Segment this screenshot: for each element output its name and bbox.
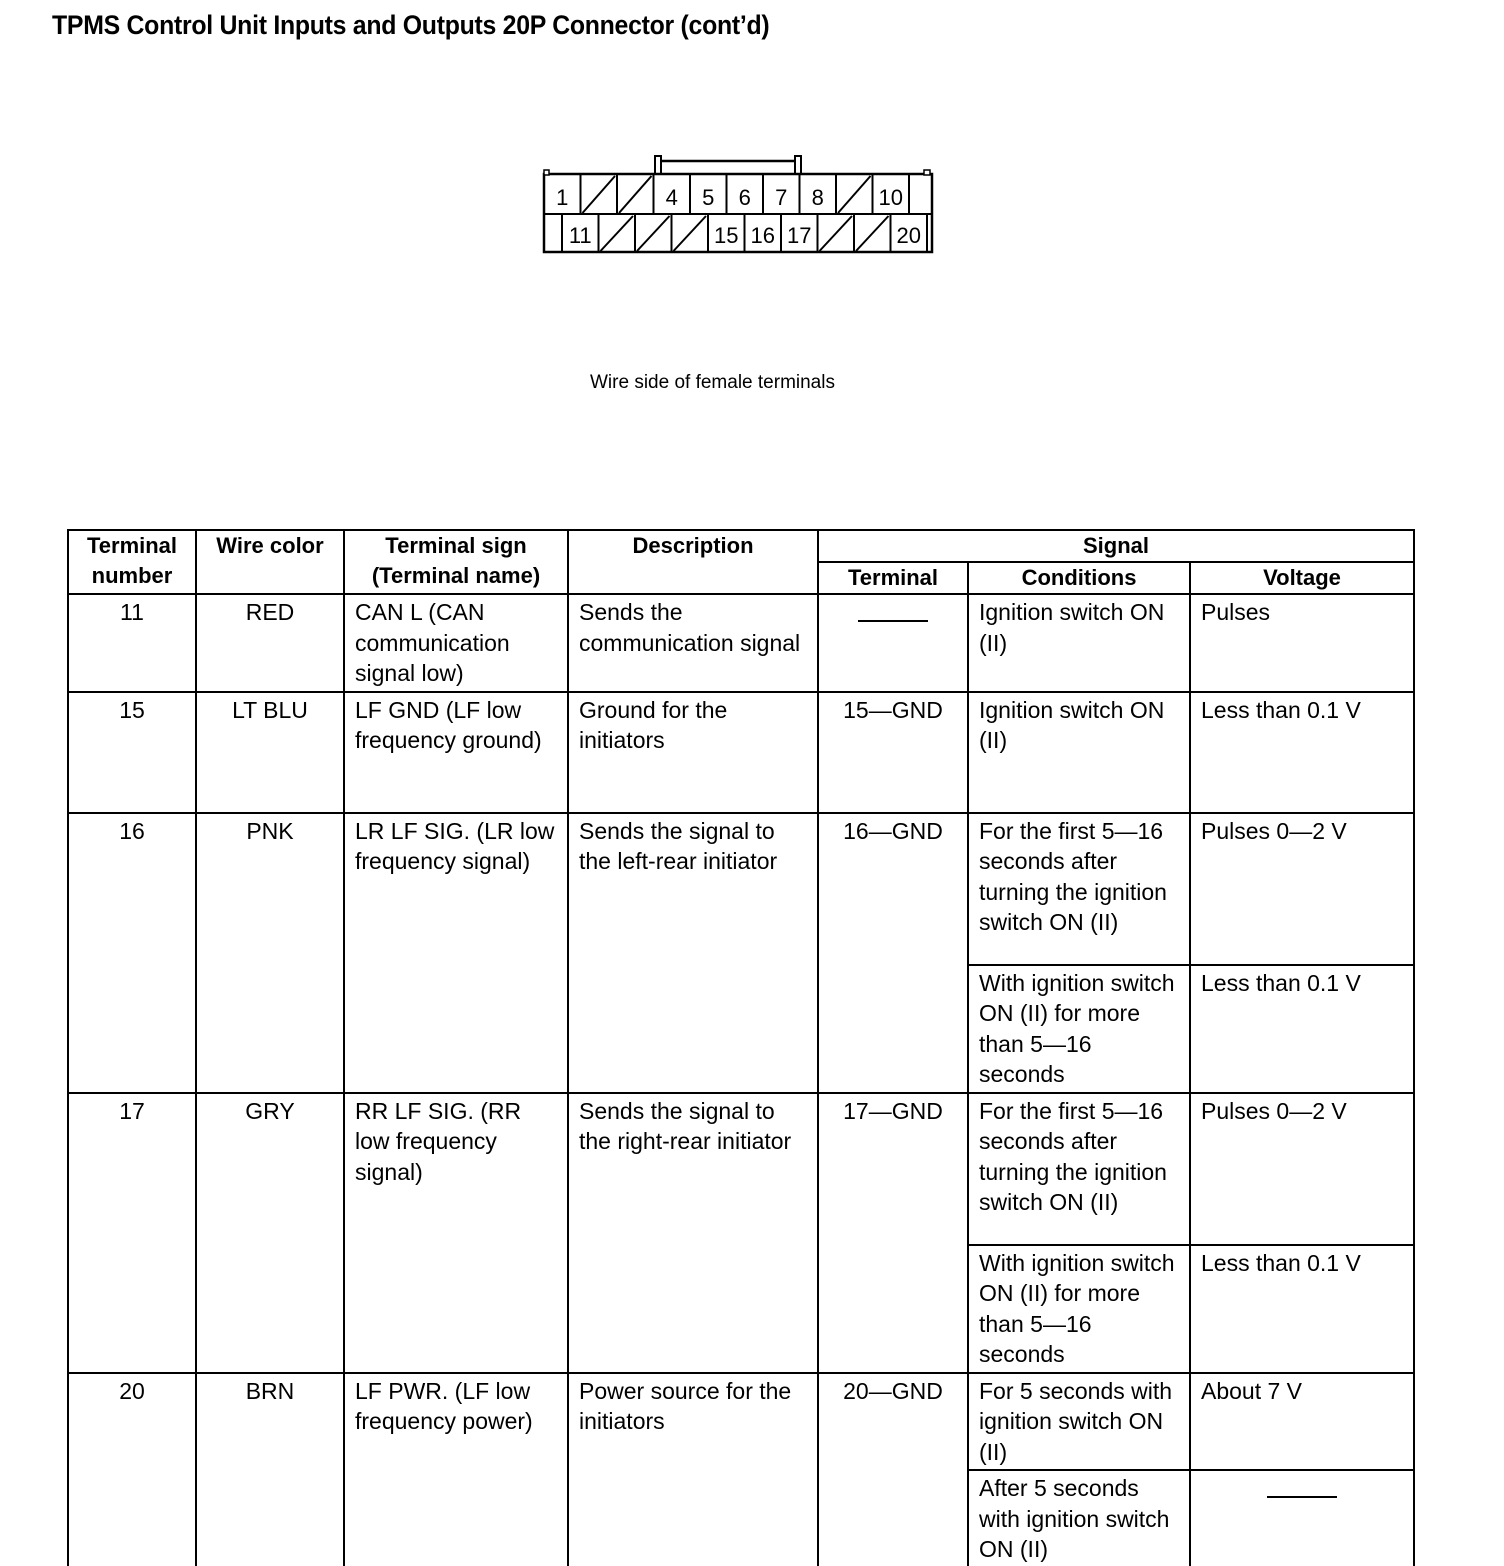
- svg-text:15: 15: [714, 223, 738, 248]
- svg-text:4: 4: [666, 185, 678, 210]
- wire-color-cell: PNK: [196, 813, 344, 1093]
- signal-conditions-cell: After 5 seconds with ignition switch ON …: [968, 1470, 1190, 1566]
- signal-terminal-cell: 17—GND: [818, 1093, 968, 1373]
- header-row-1: Terminal number Wire color Terminal sign…: [68, 530, 1414, 562]
- wire-color-cell: RED: [196, 594, 344, 692]
- terminal-number-cell: 16: [68, 813, 196, 1093]
- signal-conditions-cell: Ignition switch ON (II): [968, 692, 1190, 813]
- signal-voltage-cell: [1190, 1470, 1414, 1566]
- svg-text:5: 5: [702, 185, 714, 210]
- header-terminal-sign: Terminal sign (Terminal name): [344, 530, 568, 594]
- terminal-sign-cell: CAN L (CAN communication signal low): [344, 594, 568, 692]
- svg-text:11: 11: [569, 223, 592, 248]
- signal-voltage-cell: Pulses 0—2 V: [1190, 813, 1414, 965]
- page-title: TPMS Control Unit Inputs and Outputs 20P…: [52, 10, 769, 41]
- terminal-number-cell: 11: [68, 594, 196, 692]
- terminal-number-cell: 15: [68, 692, 196, 813]
- header-signal-conditions: Conditions: [968, 562, 1190, 594]
- pinout-table-body: 11REDCAN L (CAN communication signal low…: [68, 594, 1414, 1566]
- svg-text:6: 6: [739, 185, 751, 210]
- svg-text:16: 16: [751, 223, 775, 248]
- signal-voltage-cell: Less than 0.1 V: [1190, 1245, 1414, 1373]
- signal-voltage-cell: Less than 0.1 V: [1190, 965, 1414, 1093]
- signal-conditions-cell: For 5 seconds with ignition switch ON (I…: [968, 1373, 1190, 1471]
- signal-conditions-cell: For the first 5—16 seconds after turning…: [968, 1093, 1190, 1245]
- connector-caption: Wire side of female terminals: [590, 372, 835, 394]
- wire-color-cell: GRY: [196, 1093, 344, 1373]
- svg-text:1: 1: [556, 185, 568, 210]
- signal-terminal-cell: 16—GND: [818, 813, 968, 1093]
- header-signal: Signal: [818, 530, 1414, 562]
- wire-color-cell: BRN: [196, 1373, 344, 1566]
- signal-voltage-cell: Pulses 0—2 V: [1190, 1093, 1414, 1245]
- signal-voltage-cell: About 7 V: [1190, 1373, 1414, 1471]
- header-signal-terminal: Terminal: [818, 562, 968, 594]
- svg-text:17: 17: [787, 223, 811, 248]
- description-cell: Sends the communication signal: [568, 594, 818, 692]
- not-applicable-dash: [1267, 1496, 1337, 1498]
- header-terminal-number: Terminal number: [68, 530, 196, 594]
- connector-diagram: 145678101115161720: [540, 152, 940, 258]
- table-row: 17GRYRR LF SIG. (RR low frequency signal…: [68, 1093, 1414, 1245]
- pinout-table: Terminal number Wire color Terminal sign…: [67, 529, 1415, 1566]
- signal-voltage-cell: Pulses: [1190, 594, 1414, 692]
- signal-voltage-cell: Less than 0.1 V: [1190, 692, 1414, 813]
- not-applicable-dash: [858, 620, 928, 622]
- svg-text:20: 20: [897, 223, 921, 248]
- wire-color-cell: LT BLU: [196, 692, 344, 813]
- terminal-number-cell: 20: [68, 1373, 196, 1566]
- svg-text:8: 8: [812, 185, 824, 210]
- terminal-number-cell: 17: [68, 1093, 196, 1373]
- header-signal-voltage: Voltage: [1190, 562, 1414, 594]
- description-cell: Sends the signal to the left-rear initia…: [568, 813, 818, 1093]
- terminal-sign-cell: LR LF SIG. (LR low frequency signal): [344, 813, 568, 1093]
- signal-conditions-cell: With ignition switch ON (II) for more th…: [968, 965, 1190, 1093]
- connector-20p-icon: 145678101115161720: [540, 152, 940, 258]
- signal-terminal-cell: 20—GND: [818, 1373, 968, 1566]
- signal-conditions-cell: For the first 5—16 seconds after turning…: [968, 813, 1190, 965]
- table-row: 16PNKLR LF SIG. (LR low frequency signal…: [68, 813, 1414, 965]
- description-cell: Sends the signal to the right-rear initi…: [568, 1093, 818, 1373]
- header-description: Description: [568, 530, 818, 594]
- table-row: 11REDCAN L (CAN communication signal low…: [68, 594, 1414, 692]
- terminal-sign-cell: LF GND (LF low frequency ground): [344, 692, 568, 813]
- table-row: 15LT BLULF GND (LF low frequency ground)…: [68, 692, 1414, 813]
- table-row: 20BRNLF PWR. (LF low frequency power)Pow…: [68, 1373, 1414, 1471]
- description-cell: Ground for the initiators: [568, 692, 818, 813]
- terminal-sign-cell: LF PWR. (LF low frequency power): [344, 1373, 568, 1566]
- signal-conditions-cell: With ignition switch ON (II) for more th…: [968, 1245, 1190, 1373]
- svg-text:10: 10: [879, 185, 903, 210]
- svg-text:7: 7: [775, 185, 787, 210]
- description-cell: Power source for the initiators: [568, 1373, 818, 1566]
- signal-conditions-cell: Ignition switch ON (II): [968, 594, 1190, 692]
- header-wire-color: Wire color: [196, 530, 344, 594]
- terminal-sign-cell: RR LF SIG. (RR low frequency signal): [344, 1093, 568, 1373]
- signal-terminal-cell: 15—GND: [818, 692, 968, 813]
- signal-terminal-cell: [818, 594, 968, 692]
